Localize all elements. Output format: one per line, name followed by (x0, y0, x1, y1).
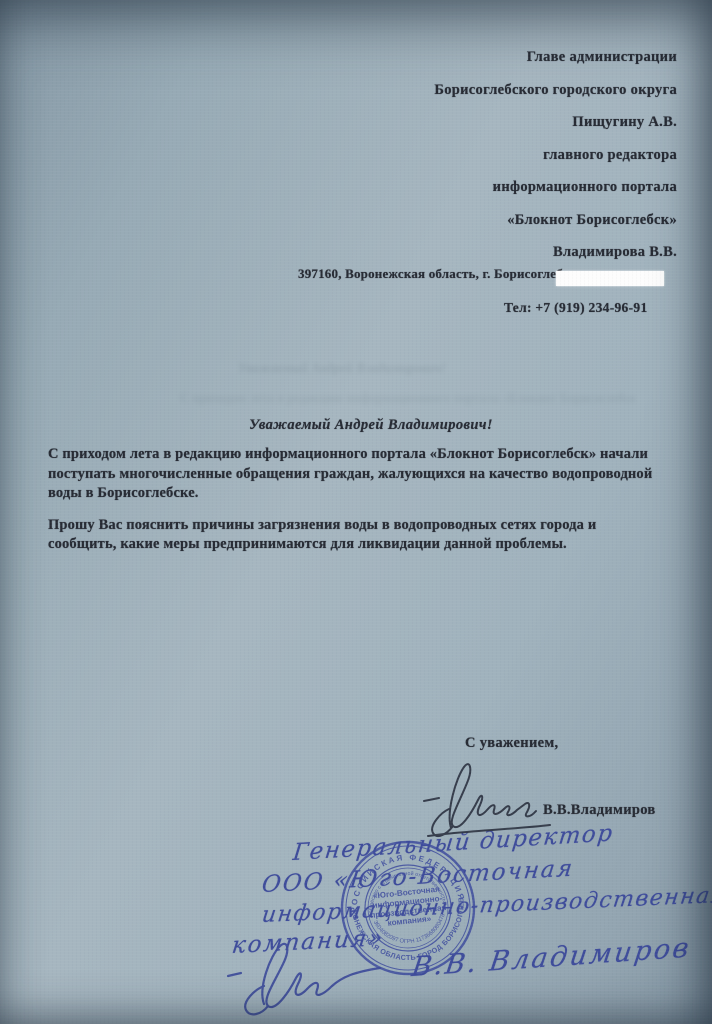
paragraph: Прошу Вас пояснить причины загрязнения в… (48, 516, 662, 555)
recipient-block: Главе администрации Борисоглебского горо… (434, 41, 677, 269)
address-line: 397160, Воронежская область, г. Борисогл… (298, 266, 580, 282)
phone-line: Тел: +7 (919) 234-96-91 (504, 300, 648, 316)
recipient-line: Пищугину А.В. (434, 106, 677, 139)
letter-body: С приходом лета в редакцию информационно… (48, 445, 662, 567)
recipient-line: Владимирова В.В. (434, 236, 677, 269)
recipient-line: информационного портала (434, 171, 677, 204)
paragraph: С приходом лета в редакцию информационно… (48, 445, 662, 504)
bleed-through-text: С приходом лета в редакцию информационно… (180, 391, 635, 406)
recipient-line: Главе администрации (434, 41, 677, 74)
signature-ink (418, 752, 568, 844)
recipient-line: главного редактора (434, 139, 677, 172)
salutation: Уважаемый Андрей Владимирович! (30, 417, 712, 434)
recipient-line: Борисоглебского городского округа (434, 74, 677, 107)
bleed-through-text: Уважаемый Андрей Владимирович! (238, 360, 493, 376)
redaction-box (556, 271, 664, 286)
closing-respect: С уважением, (465, 735, 558, 752)
signature-pen (222, 938, 422, 1018)
scanned-letter-page: Главе администрации Борисоглебского горо… (0, 0, 712, 1024)
recipient-line: «Блокнот Борисоглебск» (434, 204, 677, 237)
